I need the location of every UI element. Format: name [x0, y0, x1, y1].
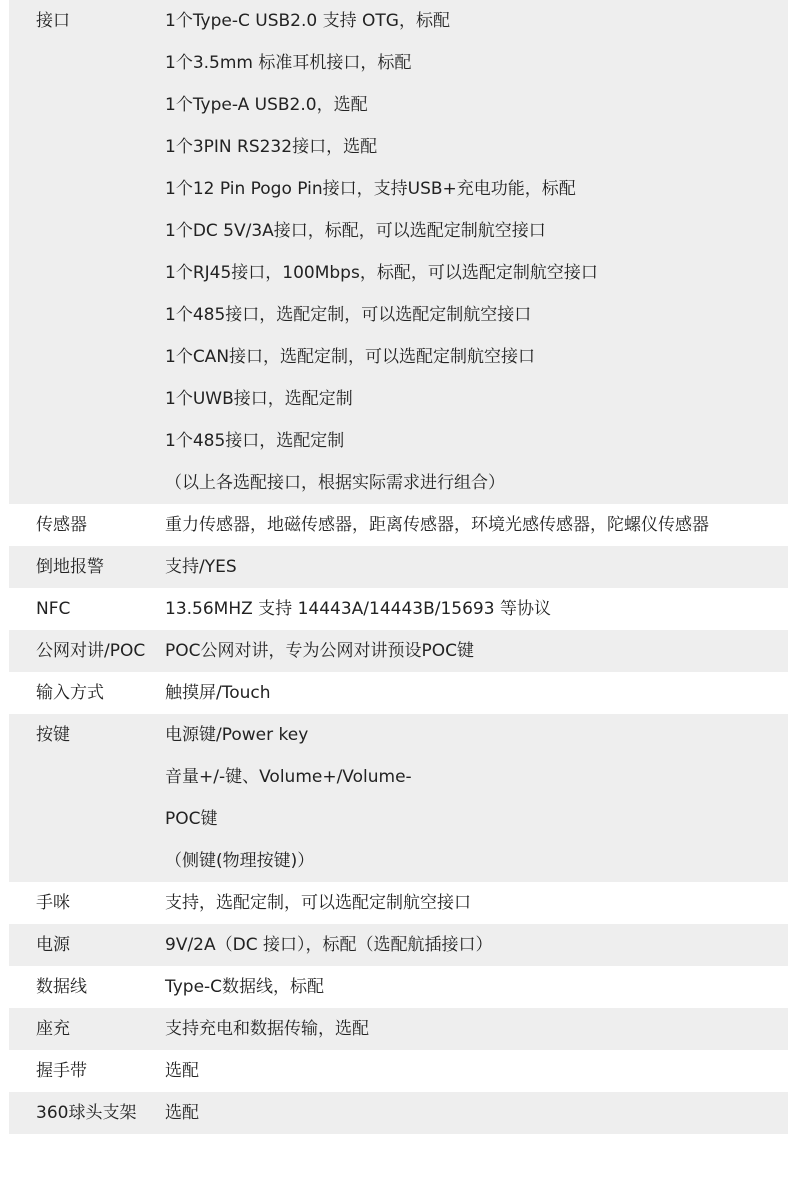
- spec-value: 9V/2A（DC 接口），标配（选配航插接口）: [165, 924, 788, 966]
- spec-value: （以上各选配接口，根据实际需求进行组合）: [165, 462, 788, 504]
- spec-value: 1个3PIN RS232接口，选配: [165, 126, 788, 168]
- spec-label: 输入方式: [9, 672, 165, 714]
- spec-label: 握手带: [9, 1050, 165, 1092]
- spec-values: 电源键/Power key音量+/-键、Volume+/Volume-POC键（…: [165, 714, 788, 882]
- spec-value: 选配: [165, 1050, 788, 1092]
- spec-row: 握手带选配: [9, 1050, 788, 1092]
- spec-value: 1个12 Pin Pogo Pin接口，支持USB+充电功能，标配: [165, 168, 788, 210]
- spec-values: 选配: [165, 1050, 788, 1092]
- spec-table: 接口1个Type-C USB2.0 支持 OTG，标配1个3.5mm 标准耳机接…: [9, 0, 788, 1134]
- spec-label: 座充: [9, 1008, 165, 1050]
- spec-value: 1个DC 5V/3A接口，标配，可以选配定制航空接口: [165, 210, 788, 252]
- spec-values: 触摸屏/Touch: [165, 672, 788, 714]
- spec-values: 9V/2A（DC 接口），标配（选配航插接口）: [165, 924, 788, 966]
- spec-value: 音量+/-键、Volume+/Volume-: [165, 756, 788, 798]
- spec-value: 1个485接口，选配定制: [165, 420, 788, 462]
- spec-value: 1个3.5mm 标准耳机接口，标配: [165, 42, 788, 84]
- spec-label: 公网对讲/POC: [9, 630, 165, 672]
- spec-value: 1个485接口，选配定制，可以选配定制航空接口: [165, 294, 788, 336]
- spec-label: 电源: [9, 924, 165, 966]
- spec-label: 手咪: [9, 882, 165, 924]
- spec-row: 座充支持充电和数据传输，选配: [9, 1008, 788, 1050]
- spec-row: 公网对讲/POCPOC公网对讲，专为公网对讲预设POC键: [9, 630, 788, 672]
- spec-values: 1个Type-C USB2.0 支持 OTG，标配1个3.5mm 标准耳机接口，…: [165, 0, 788, 504]
- spec-values: 重力传感器，地磁传感器，距离传感器，环境光感传感器，陀螺仪传感器: [165, 504, 788, 546]
- spec-value: 1个CAN接口，选配定制，可以选配定制航空接口: [165, 336, 788, 378]
- spec-values: POC公网对讲，专为公网对讲预设POC键: [165, 630, 788, 672]
- spec-label: 按键: [9, 714, 165, 882]
- spec-value: POC键: [165, 798, 788, 840]
- spec-value: 选配: [165, 1092, 788, 1134]
- spec-values: 支持，选配定制，可以选配定制航空接口: [165, 882, 788, 924]
- spec-values: 支持/YES: [165, 546, 788, 588]
- spec-value: 1个RJ45接口，100Mbps，标配，可以选配定制航空接口: [165, 252, 788, 294]
- spec-value: 重力传感器，地磁传感器，距离传感器，环境光感传感器，陀螺仪传感器: [165, 504, 788, 546]
- spec-row: 按键电源键/Power key音量+/-键、Volume+/Volume-POC…: [9, 714, 788, 882]
- spec-value: 支持充电和数据传输，选配: [165, 1008, 788, 1050]
- spec-value: Type-C数据线，标配: [165, 966, 788, 1008]
- spec-values: 选配: [165, 1092, 788, 1134]
- spec-row: 接口1个Type-C USB2.0 支持 OTG，标配1个3.5mm 标准耳机接…: [9, 0, 788, 504]
- spec-label: 数据线: [9, 966, 165, 1008]
- spec-label: 接口: [9, 0, 165, 504]
- spec-value: 1个Type-A USB2.0，选配: [165, 84, 788, 126]
- spec-row: 360球头支架选配: [9, 1092, 788, 1134]
- spec-value: 1个UWB接口，选配定制: [165, 378, 788, 420]
- spec-row: 数据线Type-C数据线，标配: [9, 966, 788, 1008]
- spec-label: NFC: [9, 588, 165, 630]
- spec-value: 支持，选配定制，可以选配定制航空接口: [165, 882, 788, 924]
- spec-row: NFC13.56MHZ 支持 14443A/14443B/15693 等协议: [9, 588, 788, 630]
- spec-value: 支持/YES: [165, 546, 788, 588]
- spec-value: 1个Type-C USB2.0 支持 OTG，标配: [165, 0, 788, 42]
- spec-values: 13.56MHZ 支持 14443A/14443B/15693 等协议: [165, 588, 788, 630]
- spec-row: 电源9V/2A（DC 接口），标配（选配航插接口）: [9, 924, 788, 966]
- spec-row: 传感器重力传感器，地磁传感器，距离传感器，环境光感传感器，陀螺仪传感器: [9, 504, 788, 546]
- spec-label: 360球头支架: [9, 1092, 165, 1134]
- spec-value: 触摸屏/Touch: [165, 672, 788, 714]
- spec-row: 倒地报警支持/YES: [9, 546, 788, 588]
- spec-row: 手咪支持，选配定制，可以选配定制航空接口: [9, 882, 788, 924]
- spec-value: （侧键(物理按键)）: [165, 840, 788, 882]
- spec-value: 电源键/Power key: [165, 714, 788, 756]
- spec-value: 13.56MHZ 支持 14443A/14443B/15693 等协议: [165, 588, 788, 630]
- spec-label: 倒地报警: [9, 546, 165, 588]
- spec-value: POC公网对讲，专为公网对讲预设POC键: [165, 630, 788, 672]
- spec-label: 传感器: [9, 504, 165, 546]
- spec-values: 支持充电和数据传输，选配: [165, 1008, 788, 1050]
- spec-values: Type-C数据线，标配: [165, 966, 788, 1008]
- spec-row: 输入方式触摸屏/Touch: [9, 672, 788, 714]
